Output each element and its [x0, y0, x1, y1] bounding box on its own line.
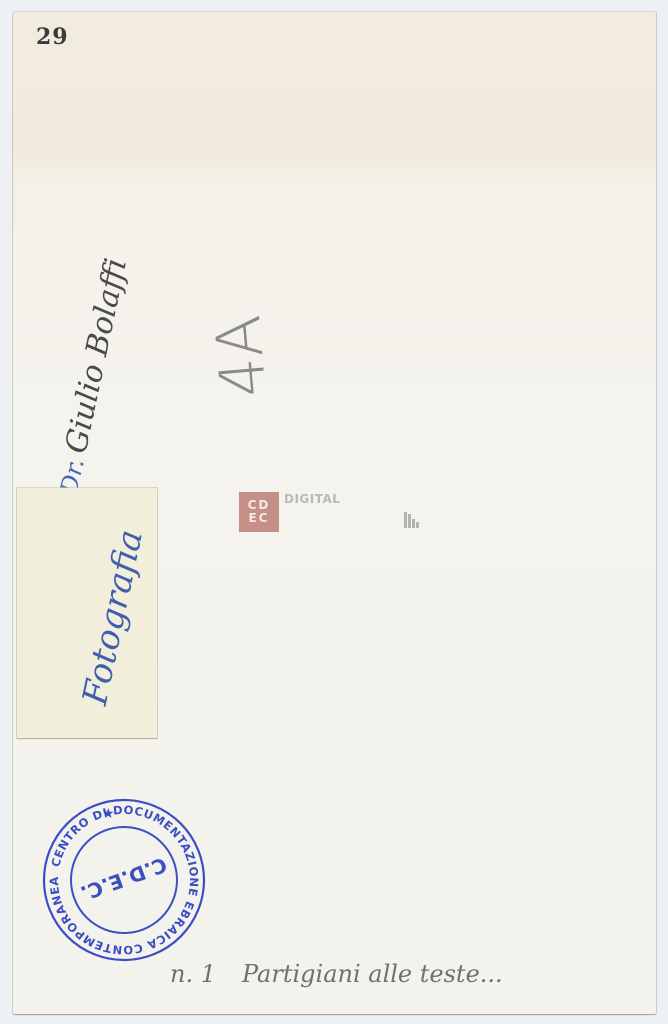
- bar-chart-icon: [404, 512, 419, 528]
- card-number: 29: [36, 24, 69, 50]
- caption-text: Partigiani alle teste...: [242, 960, 503, 988]
- watermark-word: DIGITAL: [284, 492, 340, 506]
- svg-text:★: ★: [102, 806, 115, 822]
- cdec-logo: CD EC: [239, 492, 279, 532]
- pencil-code: 4A: [201, 313, 281, 401]
- logo-line-2: EC: [248, 512, 269, 525]
- caption: n. 1Partigiani alle teste...: [170, 960, 503, 988]
- caption-number: n. 1: [170, 960, 216, 988]
- cdec-digital-watermark: CD EC DIGITAL: [239, 492, 340, 532]
- cdec-stamp: CENTRO DI DOCUMENTAZIONE EBRAICA CONTEMP…: [40, 796, 208, 964]
- svg-text:C.D.E.C.: C.D.E.C.: [77, 852, 170, 905]
